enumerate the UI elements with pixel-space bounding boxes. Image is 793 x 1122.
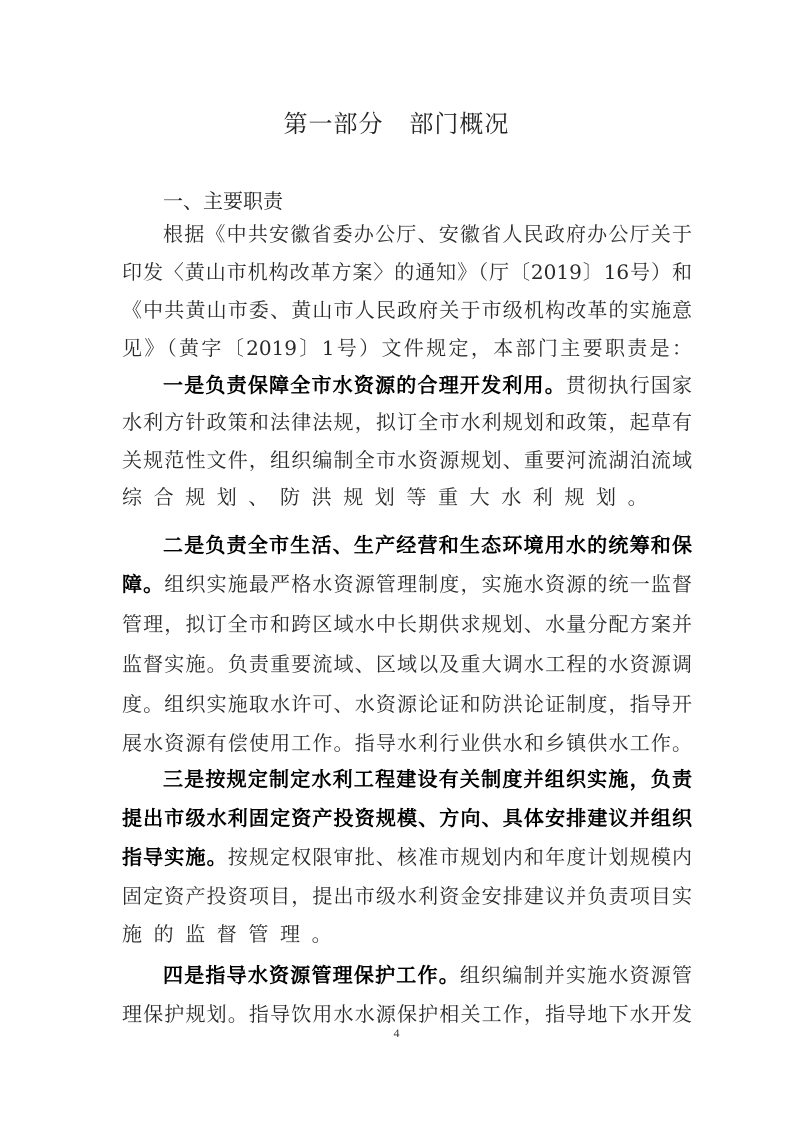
duty-three-line: 三是按规定制定水利工程建设有关制度并组织实施，负责 xyxy=(163,765,692,793)
page-title: 第一部分 部门概况 xyxy=(0,104,793,139)
paragraph-line: 根据《中共安徽省委办公厅、安徽省人民政府办公厅关于 xyxy=(163,220,692,248)
paragraph-line: 固定资产投资项目，提出市级水利资金安排建议并负责项目实 xyxy=(122,882,692,910)
duty-four-title: 四是指导水资源管理保护工作。 xyxy=(163,963,460,987)
paragraph-line: 水利方针政策和法律法规，拟订全市水利规划和政策，起草有 xyxy=(122,408,692,436)
paragraph-line: 障。组织实施最严格水资源管理制度，实施水资源的统一监督 xyxy=(122,570,692,598)
section-heading: 一、主要职责 xyxy=(163,185,283,214)
page-number: 4 xyxy=(0,1026,793,1041)
paragraph-line: 《中共黄山市委、黄山市人民政府关于市级机构改革的实施意 xyxy=(122,296,692,324)
paragraph-line: 印发〈黄山市机构改革方案〉的通知》（厅〔2019〕16号）和 xyxy=(122,258,692,286)
paragraph-line: 度。组织实施取水许可、水资源论证和防洪论证制度，指导开 xyxy=(122,690,692,718)
paragraph-line: 综合规划、防洪规划等重大水利规划。 xyxy=(122,483,692,511)
duty-two-line: 二是负责全市生活、生产经营和生态环境用水的统筹和保 xyxy=(163,531,692,559)
paragraph-line: 展水资源有偿使用工作。指导水利行业供水和乡镇供水工作。 xyxy=(122,729,692,757)
document-page: 第一部分 部门概况 一、主要职责 根据《中共安徽省委办公厅、安徽省人民政府办公厅… xyxy=(0,0,793,1122)
duty-three-title: 三是按规定制定水利工程建设有关制度并组织实施，负责 xyxy=(163,767,692,791)
paragraph-line: 指导实施。按规定权限审批、核准市规划内和年度计划规模内 xyxy=(122,843,692,871)
paragraph-line: 理保护规划。指导饮用水水源保护相关工作，指导地下水开发 xyxy=(122,1000,692,1028)
paragraph-line: 监督实施。负责重要流域、区域以及重大调水工程的水资源调 xyxy=(122,650,692,678)
paragraph-line: 提出市级水利固定资产投资规模、方向、具体安排建议并组织 xyxy=(122,804,692,832)
paragraph-line: 见》（黄字〔2019〕1号）文件规定，本部门主要职责是： xyxy=(122,334,692,362)
paragraph-line: 施的监督管理。 xyxy=(122,920,692,948)
duty-one-line: 一是负责保障全市水资源的合理开发利用。贯彻执行国家 xyxy=(163,371,692,399)
paragraph-line: 管理，拟订全市和跨区域水中长期供求规划、水量分配方案并 xyxy=(122,610,692,638)
duty-four-line: 四是指导水资源管理保护工作。组织编制并实施水资源管 xyxy=(163,961,692,989)
duty-two-title: 二是负责全市生活、生产经营和生态环境用水的统筹和保 xyxy=(163,533,692,557)
duty-one-title: 一是负责保障全市水资源的合理开发利用。 xyxy=(163,373,566,397)
paragraph-line: 关规范性文件，组织编制全市水资源规划、重要河流湖泊流域 xyxy=(122,446,692,474)
